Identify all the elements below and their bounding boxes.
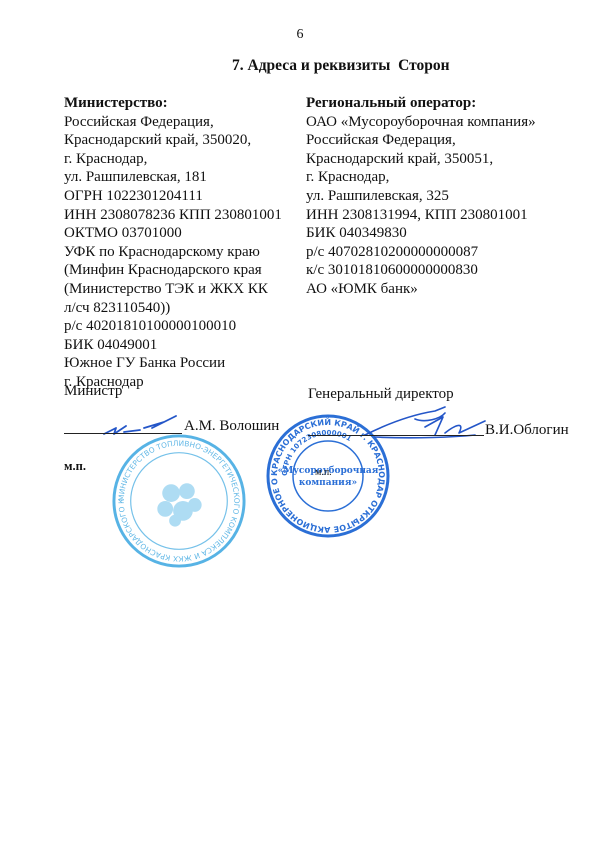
- left-party-line: УФК по Краснодарскому краю: [64, 243, 304, 262]
- left-party-line: л/сч 823110540)): [64, 299, 304, 318]
- page-number: 6: [0, 27, 600, 43]
- left-party-lines: Российская Федерация,Краснодарский край,…: [64, 113, 304, 392]
- right-party-line: к/с 30101810600000000830: [306, 261, 576, 280]
- left-party-line: ИНН 2308078236 КПП 230801001: [64, 206, 304, 225]
- left-party-line: Российская Федерация,: [64, 113, 304, 132]
- right-party-line: р/с 40702810200000000087: [306, 243, 576, 262]
- left-party-line: (Министерство ТЭК и ЖКХ КК: [64, 280, 304, 299]
- svg-text:м.п.: м.п.: [315, 467, 332, 478]
- director-name: В.И.Облогин: [485, 422, 569, 439]
- left-party-line: р/с 40201810100000100010: [64, 317, 304, 336]
- right-party-line: ИНН 2308131994, КПП 230801001: [306, 206, 576, 225]
- left-party-line: г. Краснодар,: [64, 150, 304, 169]
- right-party-line: БИК 040349830: [306, 224, 576, 243]
- left-party-line: (Минфин Краснодарского края: [64, 261, 304, 280]
- left-party-line: БИК 04049001: [64, 336, 304, 355]
- minister-name: А.М. Волошин: [184, 418, 279, 435]
- right-party-details: Региональный оператор: ОАО «Мусороубороч…: [306, 94, 576, 299]
- right-party-line: ул. Рашпилевская, 325: [306, 187, 576, 206]
- minister-signature-line: [64, 433, 182, 434]
- right-party-line: ОАО «Мусороуборочная компания»: [306, 113, 576, 132]
- director-signature-line: [308, 435, 484, 436]
- section-title: 7. Адреса и реквизиты Сторон: [232, 57, 450, 75]
- left-party-line: ул. Рашпилевская, 181: [64, 168, 304, 187]
- left-party-line: ОКТМО 03701000: [64, 224, 304, 243]
- right-party-line: Российская Федерация,: [306, 131, 576, 150]
- minister-title: Министр: [64, 383, 122, 400]
- seal-placeholder-label: м.п.: [64, 459, 86, 474]
- ministry-stamp-icon: МИНИСТЕРСТВО ТОПЛИВНО-ЭНЕРГЕТИЧЕСКОГО КО…: [110, 432, 248, 570]
- left-party-line: Краснодарский край, 350020,: [64, 131, 304, 150]
- right-party-heading: Региональный оператор:: [306, 94, 576, 113]
- director-signature-icon: [355, 405, 490, 445]
- left-party-line: ОГРН 1022301204111: [64, 187, 304, 206]
- left-party-details: Министерство: Российская Федерация,Красн…: [64, 94, 304, 392]
- director-title: Генеральный директор: [308, 386, 454, 403]
- right-party-line: Краснодарский край, 350051,: [306, 150, 576, 169]
- right-party-lines: ОАО «Мусороуборочная компания»Российская…: [306, 113, 576, 299]
- right-party-line: г. Краснодар,: [306, 168, 576, 187]
- svg-text:компания»: компания»: [299, 478, 357, 488]
- right-party-line: АО «ЮМК банк»: [306, 280, 576, 299]
- minister-signature-icon: [100, 412, 180, 438]
- left-party-line: Южное ГУ Банка России: [64, 354, 304, 373]
- left-party-heading: Министерство:: [64, 94, 304, 113]
